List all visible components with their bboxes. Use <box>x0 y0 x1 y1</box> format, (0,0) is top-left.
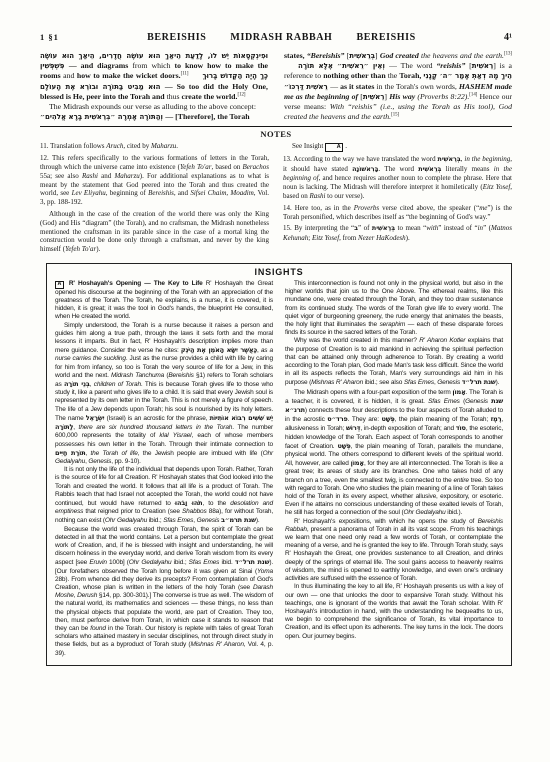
text-run: there are six hundred thousand letters i… <box>79 424 233 431</box>
text-run: Bereishis <box>148 189 174 197</box>
paragraph: Because the world was created through To… <box>55 526 273 658</box>
paragraph: וְהַתּוֹרָה אָמְרָה ״בְּרֵאשִׁית בָּרָא … <box>40 112 268 122</box>
text-run: Sfas Emes <box>189 559 220 566</box>
text-run: ibid.). <box>446 509 463 516</box>
text-run: ” ( <box>483 224 491 232</box>
hebrew-text-run: בָּרִאשׁוֹנָה <box>352 166 378 173</box>
text-run: See Insight <box>292 142 325 150</box>
text-run: Bereishis <box>168 372 196 379</box>
text-run: ). <box>96 245 100 253</box>
text-run: Aruch <box>106 142 123 150</box>
insights-title: INSIGHTS <box>55 267 503 277</box>
running-head: BEREISHIS MIDRASH RABBAH BEREISHIS <box>147 32 416 43</box>
text-run: His way <box>389 92 417 101</box>
text-run: [12] <box>237 92 245 97</box>
text-run: — <box>330 82 340 91</box>
paragraph: וּפִינְקְסָאוֹת יֵשׁ לוֹ, לָדַעַת הֵיאַך… <box>40 51 268 102</box>
paragraph: 12. This refers specifically to the vari… <box>40 154 269 207</box>
text-run: Ohr Gedalyahu <box>403 509 445 516</box>
main-left-column: וּפִינְקְסָאוֹת יֵשׁ לוֹ, לָדַעַת הֵיאַך… <box>40 51 268 122</box>
text-run: . They are: <box>348 416 382 423</box>
notes-title: NOTES <box>40 129 512 139</box>
hebrew-text-run: פְּשָׁט <box>381 415 394 423</box>
text-run: and <box>63 71 77 80</box>
text-run: R' Aharon Kotler <box>419 337 465 344</box>
insights-section: A R' Hoshayah's Opening — The Key to Lif… <box>55 280 503 658</box>
text-run: in the Torah's own words, <box>376 82 458 91</box>
text-run: 11. Translation follows <box>40 142 106 150</box>
paragraph: Simply understood, the Torah is a nurse … <box>55 322 273 466</box>
text-run: , present a panorama of Torah in all its… <box>285 526 503 582</box>
page-header: 1 §1 BEREISHIS MIDRASH RABBAH BEREISHIS … <box>40 32 512 43</box>
hebrew-text-run: כַּאֲשֶׁר יִשָּׂא הָאֹמֵן אֶת הַיֹּנֵק <box>181 346 257 354</box>
main-text-section: וּפִינְקְסָאוֹת יֵשׁ לוֹ, לָדַעַת הֵיאַך… <box>40 51 512 122</box>
insights-left-column: A R' Hoshayah's Opening — The Key to Lif… <box>55 280 273 658</box>
text-run: ibid.; <box>147 517 163 524</box>
text-run: In thus illuminating the key to all life… <box>285 583 503 639</box>
text-run: 15. By interpreting the “ <box>283 224 354 232</box>
text-run: Ohr Gedalyahu <box>129 559 172 566</box>
paragraph: Why was the world created in this manner… <box>285 337 503 387</box>
text-run: the Torah of life <box>91 450 138 457</box>
text-run: . The word <box>378 165 418 173</box>
paragraph: The Midrash expounds our verse as alludi… <box>40 102 268 112</box>
text-run: “Bereishis” <box>307 51 347 60</box>
text-run: [11] <box>181 72 189 77</box>
paragraph: 13. According to the way we have transla… <box>283 155 512 201</box>
running-head-part: BEREISHIS <box>147 32 206 43</box>
text-run: 13. According to the way we have transla… <box>283 155 438 163</box>
text-run: Rashi <box>309 192 325 200</box>
text-run: that reigned prior to Creation (see <box>83 508 182 515</box>
paragraph: 14. Here too, as in the Proverbs verse c… <box>283 204 512 222</box>
text-run: klal Yisrael <box>159 432 191 439</box>
hebrew-text-run: וְהַתּוֹרָה אָמְרָה ״בְּרֵאשִׁית בָּרָא … <box>40 112 165 121</box>
text-run: children of Torah <box>94 381 141 388</box>
text-run: 14. Here too, as in the <box>283 204 354 212</box>
text-run: (Proverbs 8:22). <box>417 92 469 101</box>
hebrew-text-run: אָמוֹן <box>351 459 364 467</box>
text-run: Maharzu <box>114 172 139 180</box>
book-page: 1 §1 BEREISHIS MIDRASH RABBAH BEREISHIS … <box>0 0 550 762</box>
text-run: Genesis <box>88 458 111 465</box>
paragraph: A R' Hoshayah's Opening — The Key to Lif… <box>55 280 273 322</box>
text-run: Genesis <box>465 398 488 405</box>
text-run: the <box>388 71 400 80</box>
text-run: R' Hoshayah's Opening — The Key to Life <box>66 280 206 287</box>
text-run: , cited by <box>123 142 151 150</box>
text-run: 100b] ( <box>107 559 129 566</box>
hebrew-text-run: רֵאשִׁית <box>472 61 494 70</box>
text-run: . <box>176 142 178 150</box>
hebrew-text-run: פרד״ס <box>327 415 347 423</box>
hebrew-text-run: אָמוֹן <box>452 388 465 396</box>
text-run: to our verse). <box>325 192 364 200</box>
hebrew-text-run: תּוֹרַת חַיִּים <box>55 449 85 457</box>
text-run: Sfas Emes <box>428 398 460 405</box>
paragraph: R' Hoshayah's expositions, with which he… <box>285 518 503 584</box>
hebrew-text-run: וְאֵין ״רֵאשִׁית״ אֶלָּא תּוֹרָה <box>298 61 389 70</box>
hebrew-text-run: בְּרֵאשִׁית <box>372 225 395 232</box>
text-run: states, <box>284 51 307 60</box>
text-run: Nezer HaKodesh <box>358 234 406 242</box>
text-run: seraphim <box>380 321 406 328</box>
section-reference: 1 §1 <box>40 32 59 42</box>
text-run: Lev Eliyahu <box>72 189 106 197</box>
text-run: Rashi <box>82 172 101 180</box>
text-run: with <box>426 224 438 232</box>
text-run: — and diagrams <box>69 61 132 70</box>
hebrew-text-run: רֶמֶז <box>491 415 502 423</box>
hebrew-text-run: סוֹד <box>456 424 466 432</box>
hebrew-text-run: תֹהוּ וָבֹהוּ <box>175 499 203 507</box>
text-run: The Midrash expounds our verse as alludi… <box>49 102 256 111</box>
text-run: Ohr Gedalyahu <box>105 517 147 524</box>
text-run: , beginning of <box>106 189 148 197</box>
hebrew-text-run: שנת תרל״ד <box>462 378 496 386</box>
text-run: , the plain meaning of the Torah; <box>395 416 491 423</box>
text-run: and <box>101 172 114 180</box>
text-run: Berachos <box>243 163 269 171</box>
text-run: Sifsei Chaim, Moadim <box>190 189 253 197</box>
text-run: ” of <box>358 224 372 232</box>
text-run: Yefeh To'ar <box>180 163 212 171</box>
text-run: Eitz Yosef <box>483 183 511 191</box>
hebrew-text-run: בְּרֵאשִׁית <box>349 51 375 60</box>
text-run: how to make the wicket doors. <box>77 71 181 80</box>
hebrew-text-run: דְּרוּשׁ <box>346 424 360 432</box>
text-run: verse cited above, the speaker (“ <box>379 204 479 212</box>
paragraph: In thus illuminating the key to all life… <box>285 583 503 640</box>
text-run: Derush <box>77 592 97 599</box>
text-run: nothing other than <box>323 71 388 80</box>
text-run: “reishis” <box>436 61 469 70</box>
text-run: Midrash Tanchuma <box>111 372 166 379</box>
text-run: ). <box>256 517 260 524</box>
text-run: [13] <box>504 51 512 56</box>
paragraph: Although in the case of the creation of … <box>40 210 269 254</box>
running-head-part: MIDRASH RABBAH <box>230 32 332 43</box>
main-right-column: states, “Bereishis” [בְּרֵאשִׁית] God cr… <box>284 51 512 122</box>
text-run: ibid.; see also <box>363 379 404 386</box>
text-run: — [Therefore], the Torah <box>165 112 249 121</box>
text-run: Genesis <box>437 379 460 386</box>
notes-section: 11. Translation follows Aruch, cited by … <box>40 142 512 257</box>
hebrew-text-run: יִשְׂרָאֵל <box>86 414 105 422</box>
text-run: ibid.; <box>171 559 188 566</box>
text-run: Why was the world created in this manner… <box>294 337 419 344</box>
text-run: , in-depth exposition of Torah; and <box>360 425 455 432</box>
text-run: Maharzu <box>151 142 176 150</box>
text-run: , based on <box>211 163 242 171</box>
hebrew-text-run: שנת תרמ״ב <box>221 516 256 524</box>
text-run: Eruvin <box>89 559 107 566</box>
text-run: Sfas Emes <box>404 379 434 386</box>
text-run: (Israel) is an acrostic for the phrase, <box>104 415 209 422</box>
text-run: R' Hoshayah's expositions, with which he… <box>294 518 478 525</box>
text-run: Sfas Emes <box>163 517 193 524</box>
text-run: to mean “ <box>395 224 426 232</box>
text-run: — The word <box>389 61 436 70</box>
text-run: create the world. <box>182 92 238 101</box>
text-run: [15] <box>391 113 399 118</box>
text-run: thus <box>167 92 182 101</box>
text-run: . <box>345 142 347 150</box>
text-run: literally means <box>441 165 493 173</box>
paragraph: It is not only the life of the individua… <box>55 466 273 525</box>
text-run: ). <box>496 379 500 386</box>
text-run: Torah, <box>399 71 423 80</box>
text-run: Mishnas R' Aharon <box>190 641 243 648</box>
hebrew-text-run: רֵאשִׁית <box>363 92 385 101</box>
notes-divider-line <box>40 126 512 127</box>
text-run: in the beginning <box>464 155 510 163</box>
text-run: , pp. 9-10). <box>111 458 141 465</box>
text-run: Proverbs <box>354 204 379 212</box>
text-run: The Midrash opens with a four-part expos… <box>294 389 452 396</box>
text-run: ” instead of “ <box>438 224 477 232</box>
text-run: , and <box>174 189 190 197</box>
paragraph: This interconnection is found not only i… <box>285 280 503 337</box>
text-run: Eitz Yosef <box>312 234 339 242</box>
hebrew-text-run: פְּשָׁט <box>337 442 350 450</box>
hebrew-text-run: בְּרֵאשִׁית <box>438 156 461 163</box>
text-run: Mishnas R' Aharon <box>311 379 363 386</box>
text-run: the heavens and the earth. <box>421 51 504 60</box>
text-run: Shabbos <box>182 508 207 515</box>
paragraph: states, “Bereishis” [בְּרֵאשִׁית] God cr… <box>284 51 512 122</box>
text-run: 55a; see also <box>40 172 82 180</box>
text-run: , from <box>339 234 358 242</box>
page-number: 4¹ <box>504 32 512 43</box>
insight-marker-box: A <box>325 143 343 151</box>
text-run: as it states <box>340 82 376 91</box>
paragraph: 15. By interpreting the “ב” of בְּרֵאשִׁ… <box>283 224 512 243</box>
text-run: Yefeh To'ar <box>65 245 96 253</box>
paragraph: The Midrash opens with a four-part expos… <box>285 388 503 518</box>
paragraph: See Insight A. <box>283 142 512 151</box>
hebrew-text-run: בְּנֵי תוֹרָה <box>64 380 90 388</box>
text-run: Yoma <box>257 568 273 575</box>
text-run: entire <box>453 477 468 484</box>
text-run: , to the <box>202 500 230 507</box>
hebrew-text-run: בְּרֵאשִׁית <box>418 166 441 173</box>
text-run: , the Jewish people are imbued with life… <box>138 450 263 457</box>
hebrew-text-run: שנת תרל״ד <box>235 558 269 566</box>
insights-box: INSIGHTS A R' Hoshayah's Opening — The K… <box>46 263 512 666</box>
text-run: ). <box>406 234 410 242</box>
text-run: ibid. <box>219 559 235 566</box>
notes-right-column: See Insight A.13. According to the way w… <box>283 142 512 257</box>
notes-left-column: 11. Translation follows Aruch, cited by … <box>40 142 269 257</box>
insights-right-column: This interconnection is found not only i… <box>285 280 503 658</box>
text-run: from which <box>132 61 174 70</box>
running-head-part: BEREISHIS <box>356 32 415 43</box>
text-run: God created <box>380 51 421 60</box>
text-run: found <box>90 625 106 632</box>
paragraph: 11. Translation follows Aruch, cited by … <box>40 142 269 151</box>
text-run: 28b). From whence did they derive its pr… <box>55 576 273 591</box>
insight-marker-box: A <box>55 281 64 289</box>
text-run: Genesis <box>197 517 220 524</box>
